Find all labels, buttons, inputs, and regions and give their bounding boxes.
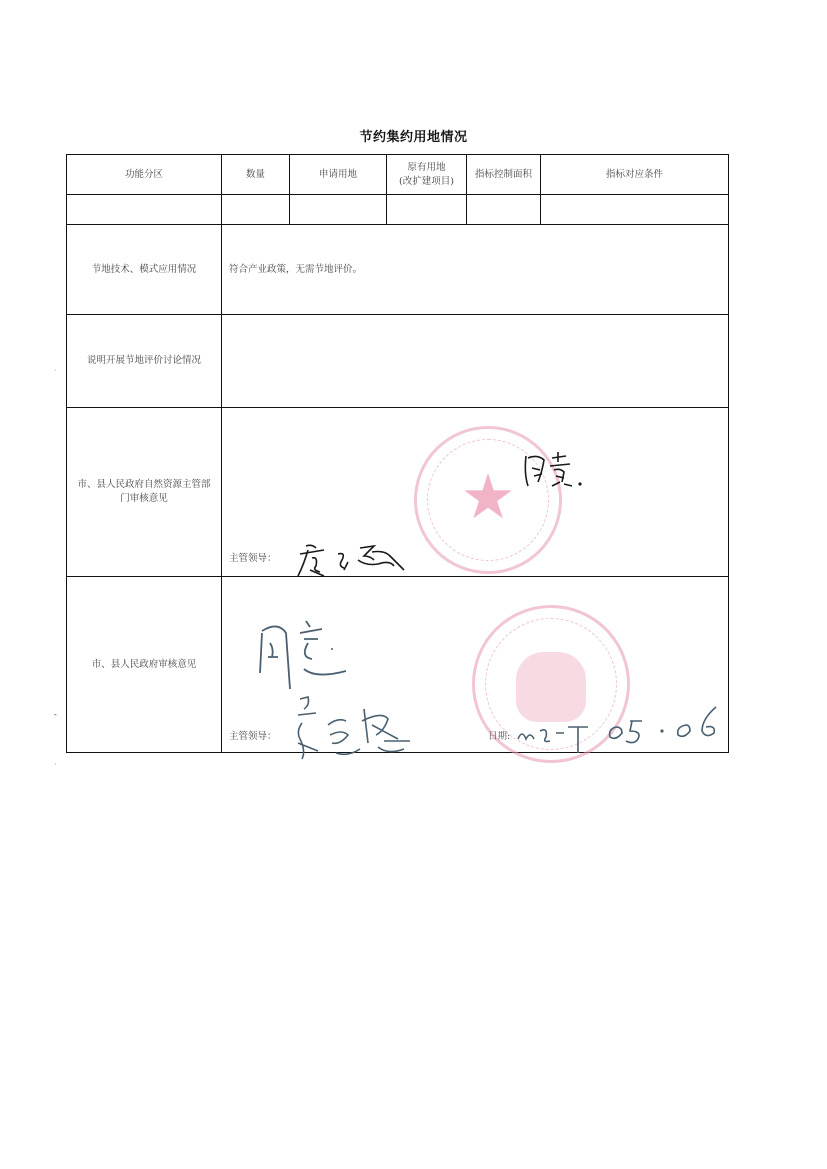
section-government-review: 市、县人民政府审核意见 主管领导： 日期: [67,577,729,753]
content-land-saving-tech: 符合产业政策，无需节地评价。 [222,225,729,315]
header-row: 功能分区 数量 申请用地 原有用地 (改扩建项目) 指标控制面积 指标对应条件 [67,155,729,195]
header-original-land: 原有用地 (改扩建项目) [387,155,467,195]
cell-indicator-condition[interactable] [541,195,729,225]
header-indicator-condition: 指标对应条件 [541,155,729,195]
handwritten-date [512,705,732,755]
header-original-land-line2: (改扩建项目) [387,175,466,189]
header-indicator-area: 指标控制面积 [467,155,541,195]
handwritten-agree-text [256,613,366,693]
section-natural-resources-review: 市、县人民政府自然资源主管部 门审核意见 ★ 主管领导： [67,408,729,577]
lead-signature-natural-resources [294,540,414,580]
label-government-review: 市、县人民政府审核意见 [67,577,222,753]
header-applied-land: 申请用地 [290,155,387,195]
cell-quantity[interactable] [222,195,290,225]
margin-dot: · [54,366,57,375]
cell-original-land[interactable] [387,195,467,225]
margin-dot-bottom: · [54,760,57,769]
data-row [67,195,729,225]
margin-dash: - [54,710,57,719]
cell-applied-land[interactable] [290,195,387,225]
land-use-table: 功能分区 数量 申请用地 原有用地 (改扩建项目) 指标控制面积 指标对应条件 … [66,154,729,753]
section-evaluation-discussion: 说明开展节地评价讨论情况 [67,315,729,408]
date-label: 日期: [488,730,510,744]
content-natural-resources-review: ★ 主管领导： [222,408,729,577]
cell-indicator-area[interactable] [467,195,541,225]
header-original-land-line1: 原有用地 [387,161,466,175]
lead-label-government: 主管领导： [229,730,277,744]
document-title: 节约集约用地情况 [0,126,827,145]
content-government-review: 主管领导： 日期: [222,577,729,753]
label-land-saving-tech: 节地技术、模式应用情况 [67,225,222,315]
header-function-zone: 功能分区 [67,155,222,195]
cell-function-zone[interactable] [67,195,222,225]
lead-label-natural-resources: 主管领导： [229,552,277,566]
header-quantity: 数量 [222,155,290,195]
section-land-saving-tech: 节地技术、模式应用情况 符合产业政策，无需节地评价。 [67,225,729,315]
label-natural-resources-review: 市、县人民政府自然资源主管部 门审核意见 [67,408,222,577]
label-evaluation-discussion: 说明开展节地评价讨论情况 [67,315,222,408]
handwritten-approval-signature [518,446,598,496]
content-evaluation-discussion [222,315,729,408]
lead-signature-government [292,695,422,765]
